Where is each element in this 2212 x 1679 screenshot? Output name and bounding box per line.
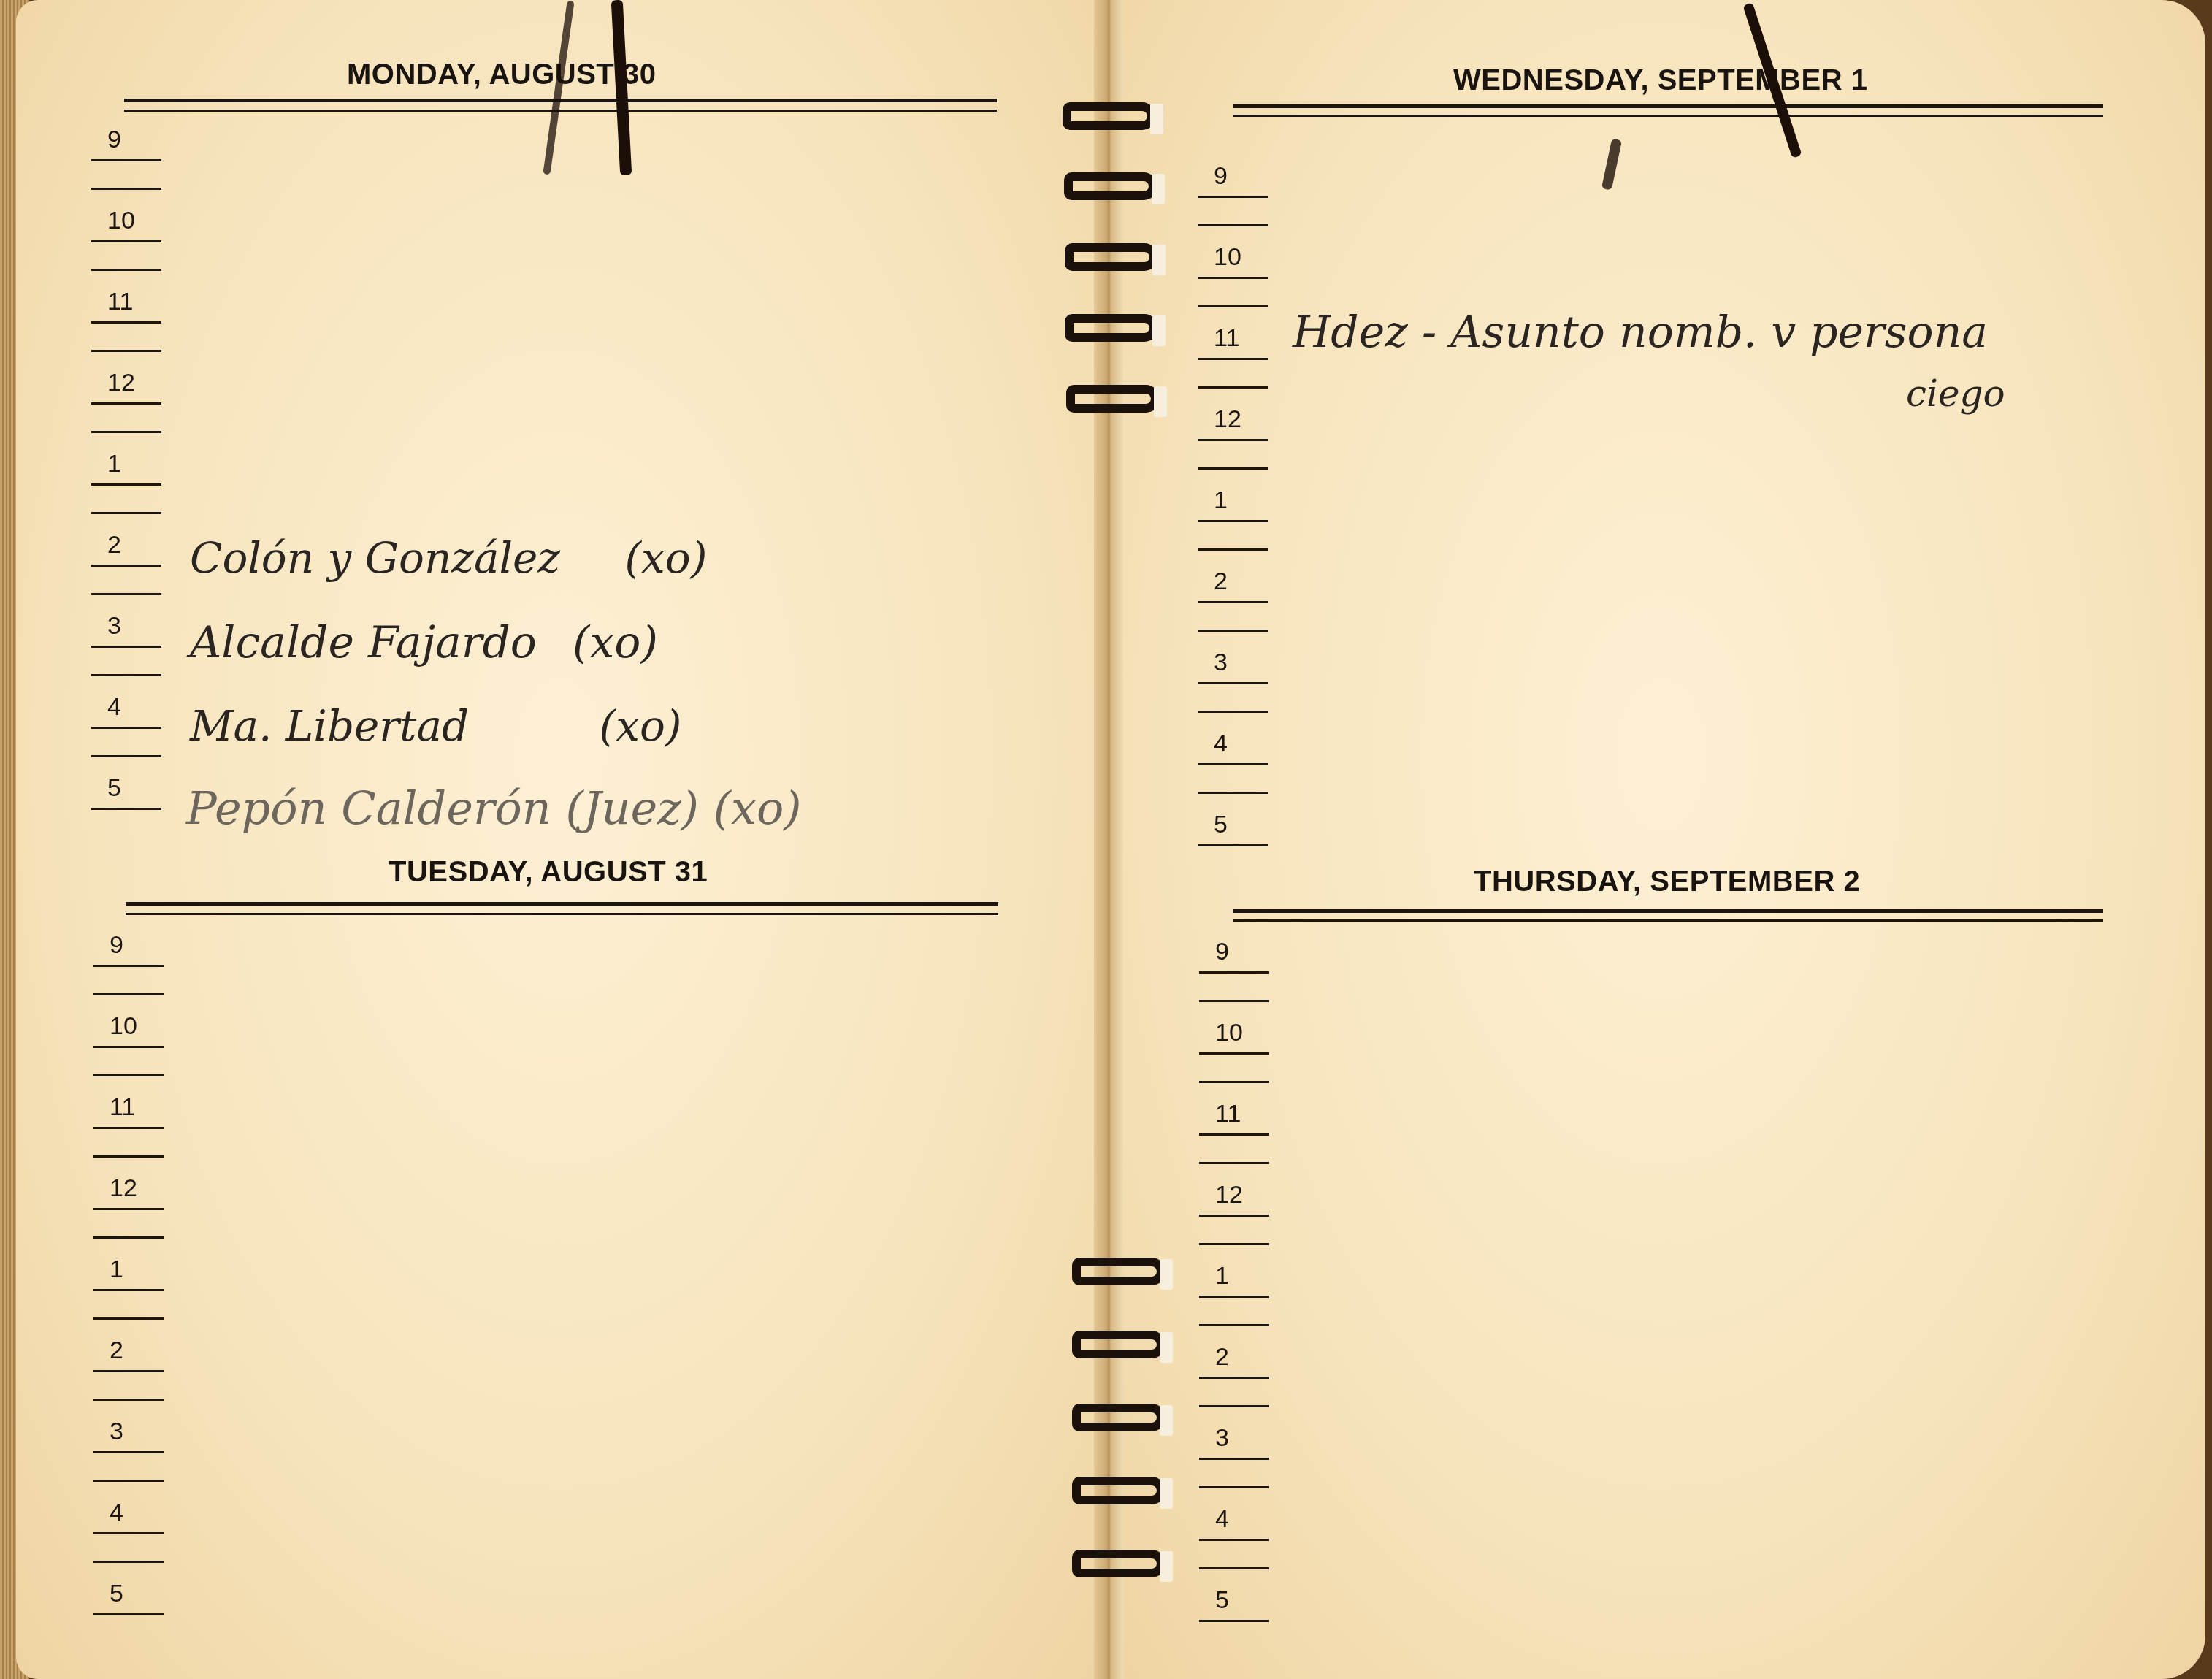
- hour-label: 2: [1215, 1343, 1229, 1372]
- day-header-monday: MONDAY, AUGUST 30: [347, 58, 656, 91]
- hour-line: [1199, 1162, 1269, 1164]
- hour-line: [93, 1370, 164, 1372]
- entry-monday-5: Pepón Calderón (Juez) (xo): [186, 781, 801, 835]
- hour-line: [1199, 1458, 1269, 1460]
- hour-slot[interactable]: 11: [93, 1077, 174, 1158]
- hour-line: [93, 1399, 164, 1401]
- hour-line: [1199, 1486, 1269, 1488]
- entry-mark: (xo): [624, 533, 707, 583]
- hour-label: 1: [107, 450, 121, 478]
- right-page: [1117, 0, 2205, 1679]
- hour-slot[interactable]: 11: [91, 272, 172, 353]
- hour-line: [93, 1561, 164, 1563]
- hour-label: 3: [1214, 649, 1228, 677]
- spiral-ring-icon: [1066, 385, 1160, 413]
- hour-label: 10: [110, 1012, 137, 1041]
- hour-label: 2: [1214, 567, 1228, 596]
- hour-line: [1199, 1215, 1269, 1217]
- header-rule: [126, 902, 998, 906]
- hour-slot[interactable]: 2: [1199, 1327, 1279, 1408]
- hour-column-monday: 9 10 11 12 1 2 3 4 5: [91, 110, 172, 839]
- spiral-ring-icon: [1065, 314, 1158, 342]
- hour-line: [93, 1074, 164, 1076]
- hour-line: [91, 512, 161, 514]
- hour-label: 12: [110, 1174, 137, 1203]
- header-rule: [124, 110, 997, 112]
- hour-slot[interactable]: 9: [91, 110, 172, 191]
- hour-slot[interactable]: 11: [1198, 308, 1278, 389]
- hour-line: [91, 727, 161, 729]
- hour-slot[interactable]: 4: [93, 1483, 174, 1564]
- hour-label: 10: [1214, 243, 1241, 272]
- hour-label: 5: [107, 774, 121, 803]
- hour-line: [1198, 548, 1268, 551]
- hour-line: [1199, 1405, 1269, 1407]
- hour-slot[interactable]: 3: [93, 1401, 174, 1483]
- hour-line: [93, 1046, 164, 1048]
- hour-line: [1198, 763, 1268, 765]
- header-rule: [126, 913, 998, 915]
- hour-label: 5: [110, 1580, 123, 1608]
- hour-line: [91, 755, 161, 757]
- hour-label: 10: [107, 207, 135, 235]
- hour-line: [93, 1208, 164, 1210]
- day-header-wednesday: WEDNESDAY, SEPTEMBER 1: [1453, 64, 1867, 97]
- hour-line: [91, 565, 161, 567]
- hour-label: 12: [107, 369, 135, 397]
- hour-line: [91, 240, 161, 242]
- hour-line: [1199, 1620, 1269, 1622]
- hour-line: [1198, 601, 1268, 603]
- hour-line: [93, 1289, 164, 1291]
- entry-text: Colón y González: [190, 533, 560, 583]
- hour-line: [1198, 711, 1268, 713]
- hour-line: [91, 269, 161, 271]
- hour-label: 11: [107, 288, 133, 316]
- hour-label: 1: [1214, 486, 1228, 515]
- entry-text: Pepón Calderón (Juez): [186, 781, 699, 835]
- hour-slot[interactable]: 3: [91, 596, 172, 677]
- hour-line: [1199, 1133, 1269, 1136]
- hour-label: 4: [1214, 730, 1228, 758]
- hour-label: 11: [1215, 1100, 1241, 1128]
- hour-line: [91, 159, 161, 161]
- spiral-ring-icon: [1072, 1404, 1166, 1431]
- hour-label: 9: [1215, 938, 1229, 966]
- hour-line: [91, 483, 161, 486]
- hour-line: [91, 402, 161, 405]
- entry-text: Alcalde Fajardo: [190, 617, 537, 668]
- spiral-ring-icon: [1064, 172, 1157, 200]
- hour-line: [1198, 439, 1268, 441]
- spiral-ring-icon: [1072, 1477, 1166, 1504]
- hour-slot[interactable]: 1: [91, 434, 172, 515]
- entry-wednesday-11: Hdez - Asunto nomb. v persona: [1293, 307, 1988, 358]
- hour-line: [93, 1451, 164, 1453]
- hour-line: [1199, 1052, 1269, 1055]
- header-rule: [1233, 104, 2103, 108]
- hour-slot[interactable]: 9: [1199, 922, 1279, 1003]
- entry-text: Ma. Libertad: [190, 701, 469, 751]
- header-rule: [1233, 909, 2103, 913]
- hour-line: [1199, 1377, 1269, 1379]
- hour-column-tuesday: 9 10 11 12 1 2 3 4 5: [93, 915, 174, 1645]
- hour-slot[interactable]: 9: [1198, 146, 1278, 227]
- hour-slot[interactable]: 2: [91, 515, 172, 596]
- hour-line: [1198, 224, 1268, 226]
- hour-label: 2: [107, 531, 121, 559]
- hour-line: [1199, 1081, 1269, 1083]
- hour-line: [1198, 630, 1268, 632]
- entry-wednesday-11-continuation: ciego: [1906, 372, 2005, 415]
- hour-label: 5: [1215, 1586, 1229, 1615]
- hour-line: [1198, 277, 1268, 279]
- hour-line: [93, 1480, 164, 1482]
- spiral-ring-icon: [1072, 1258, 1166, 1285]
- hour-label: 3: [110, 1418, 123, 1446]
- header-rule: [1233, 115, 2103, 117]
- hour-slot[interactable]: 5: [1199, 1570, 1279, 1651]
- hour-line: [93, 993, 164, 995]
- hour-slot[interactable]: 5: [91, 758, 172, 839]
- open-planner: MONDAY, AUGUST 30 9 10 11 12 1 2 3 4 5 C…: [0, 0, 2212, 1679]
- entry-mark: (xo): [573, 617, 658, 668]
- hour-line: [1198, 844, 1268, 846]
- hour-slot[interactable]: 4: [91, 677, 172, 758]
- hour-slot[interactable]: 9: [93, 915, 174, 996]
- hour-slot[interactable]: 10: [1198, 227, 1278, 308]
- hour-slot[interactable]: 10: [1199, 1003, 1279, 1084]
- hour-line: [1199, 971, 1269, 974]
- hour-line: [93, 1317, 164, 1320]
- hour-label: 3: [1215, 1424, 1229, 1453]
- entry-monday-3: Alcalde Fajardo (xo): [190, 617, 658, 668]
- hour-slot[interactable]: 1: [1198, 470, 1278, 551]
- hour-slot[interactable]: 2: [93, 1320, 174, 1401]
- hour-slot[interactable]: 3: [1198, 632, 1278, 714]
- hour-slot[interactable]: 3: [1199, 1408, 1279, 1489]
- hour-slot[interactable]: 4: [1198, 714, 1278, 795]
- hour-slot[interactable]: 10: [93, 996, 174, 1077]
- hour-label: 2: [110, 1336, 123, 1365]
- hour-slot[interactable]: 10: [91, 191, 172, 272]
- hour-label: 4: [1215, 1505, 1229, 1534]
- hour-line: [91, 646, 161, 648]
- hour-line: [93, 1155, 164, 1158]
- hour-label: 11: [1214, 324, 1239, 353]
- hour-line: [93, 1613, 164, 1615]
- header-rule: [1233, 919, 2103, 922]
- hour-line: [1198, 386, 1268, 389]
- hour-label: 10: [1215, 1019, 1243, 1047]
- hour-line: [1199, 1567, 1269, 1569]
- hour-slot[interactable]: 5: [93, 1564, 174, 1645]
- spiral-ring-icon: [1065, 243, 1158, 271]
- hour-label: 1: [110, 1255, 123, 1284]
- entry-mark: (xo): [713, 781, 802, 835]
- day-header-tuesday: TUESDAY, AUGUST 31: [389, 856, 708, 889]
- spiral-ring-icon: [1063, 102, 1156, 130]
- hour-label: 12: [1214, 405, 1241, 434]
- hour-slot[interactable]: 12: [1198, 389, 1278, 470]
- hour-line: [1198, 520, 1268, 522]
- hour-slot[interactable]: 12: [93, 1158, 174, 1239]
- hour-line: [93, 1236, 164, 1239]
- hour-line: [1198, 792, 1268, 794]
- hour-label: 3: [107, 612, 121, 640]
- hour-slot[interactable]: 2: [1198, 551, 1278, 632]
- hour-line: [93, 1127, 164, 1129]
- hour-line: [1198, 467, 1268, 470]
- hour-slot[interactable]: 12: [1199, 1165, 1279, 1246]
- hour-label: 11: [110, 1093, 135, 1122]
- hour-line: [1198, 682, 1268, 684]
- hour-label: 9: [110, 931, 123, 960]
- hour-slot[interactable]: 12: [91, 353, 172, 434]
- hour-line: [1198, 358, 1268, 360]
- hour-label: 9: [107, 126, 121, 154]
- hour-column-wednesday: 9 10 11 12 1 2 3 4 5: [1198, 146, 1278, 876]
- hour-line: [1199, 1296, 1269, 1298]
- hour-label: 4: [107, 693, 121, 722]
- spiral-ring-icon: [1072, 1331, 1166, 1358]
- entry-mark: (xo): [600, 701, 682, 751]
- hour-label: 9: [1214, 162, 1228, 191]
- hour-line: [91, 808, 161, 810]
- hour-line: [1198, 305, 1268, 307]
- hour-label: 1: [1215, 1262, 1229, 1290]
- left-page: [16, 0, 1104, 1679]
- entry-monday-4: Ma. Libertad (xo): [190, 701, 681, 751]
- hour-slot[interactable]: 5: [1198, 795, 1278, 876]
- hour-line: [91, 431, 161, 433]
- hour-line: [1199, 1324, 1269, 1326]
- hour-line: [93, 965, 164, 967]
- hour-label: 4: [110, 1499, 123, 1527]
- hour-column-thursday: 9 10 11 12 1 2 3 4 5: [1199, 922, 1279, 1651]
- hour-line: [91, 321, 161, 324]
- hour-line: [1199, 1243, 1269, 1245]
- hour-line: [91, 188, 161, 190]
- hour-label: 5: [1214, 811, 1228, 839]
- hour-line: [93, 1532, 164, 1534]
- hour-slot[interactable]: 1: [93, 1239, 174, 1320]
- hour-line: [91, 593, 161, 595]
- day-header-thursday: THURSDAY, SEPTEMBER 2: [1474, 865, 1860, 898]
- hour-slot[interactable]: 1: [1199, 1246, 1279, 1327]
- hour-line: [1198, 196, 1268, 198]
- hour-line: [91, 674, 161, 676]
- hour-slot[interactable]: 11: [1199, 1084, 1279, 1165]
- entry-monday-2: Colón y González (xo): [190, 533, 707, 583]
- spiral-ring-icon: [1072, 1550, 1166, 1577]
- hour-line: [91, 350, 161, 352]
- hour-label: 12: [1215, 1181, 1243, 1209]
- hour-slot[interactable]: 4: [1199, 1489, 1279, 1570]
- hour-line: [1199, 1539, 1269, 1541]
- hour-line: [1199, 1000, 1269, 1002]
